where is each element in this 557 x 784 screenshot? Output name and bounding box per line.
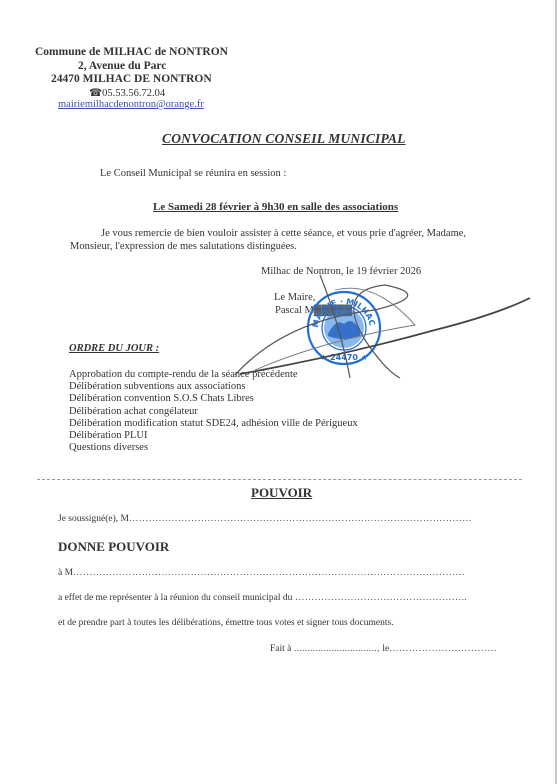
meeting-date-field[interactable]: a effet de me représenter à la réunion d… [58,593,467,603]
convocation-title: CONVOCATION CONSEIL MUNICIPAL [162,131,406,147]
pouvoir-title: POUVOIR [251,485,312,501]
commune-address: 2, Avenue du Parc [78,60,166,72]
session-date-location: Le Samedi 28 février à 9h30 en salle des… [153,201,398,213]
undersigned-blank[interactable]: …………………………………………………………………………………………… [129,514,472,524]
participation-statement: et de prendre part à toutes les délibéra… [58,618,394,628]
commune-city: 24470 MILHAC DE NONTRON [51,73,212,85]
commune-email-link[interactable]: mairiemilhacdenontron@orange.fr [58,99,204,110]
commune-name: Commune de MILHAC de NONTRON [35,46,228,58]
telephone-icon: ☎ [89,88,102,99]
done-at-blank[interactable]: ..............................., [291,644,382,654]
commune-phone: ☎05.53.56.72.04 [89,87,165,99]
meeting-date-blank[interactable]: …………………………………………….. [292,593,467,603]
undersigned-label: Je soussigné(e), M [58,514,129,524]
town-hall-stamp: MAIRIE · MILHAC DE NONTRON ★ 24470 ★ [306,290,382,366]
closing-line-1: Je vous remercie de bien vouloir assiste… [101,227,466,241]
undersigned-field[interactable]: Je soussigné(e), M…………………………………………………………… [58,514,472,524]
proxy-recipient-field[interactable]: à M…………………………………………………………………………………………………… [58,568,465,578]
agenda-item: Délibération achat congélateur [69,406,358,418]
closing-line-2: Monsieur, l'expression de mes salutation… [70,240,297,254]
phone-number: 05.53.56.72.04 [102,88,165,99]
done-date-blank[interactable]: …………………………… [389,644,497,654]
cut-line-separator [37,479,522,480]
agenda-item: Délibération convention S.O.S Chats Libr… [69,393,358,405]
agenda-title: ORDRE DU JOUR : [69,343,159,354]
date-place: Milhac de Nontron, le 19 février 2026 [261,266,421,277]
agenda-item: Questions diverses [69,442,358,454]
agenda-item: Délibération subventions aux association… [69,381,358,393]
meeting-date-label: a effet de me représenter à la réunion d… [58,593,292,603]
agenda-item: Délibération PLUI [69,430,358,442]
stamp-text-bottom: ★ 24470 ★ [320,353,368,362]
proxy-recipient-blank[interactable]: ………………………………………………………………………………………………………… [73,568,465,578]
proxy-recipient-label: à M [58,568,73,578]
agenda-item: Approbation du compte-rendu de la séance… [69,369,358,381]
donne-pouvoir-heading: DONNE POUVOIR [58,539,169,555]
mayor-signature [225,270,545,380]
agenda-list: Approbation du compte-rendu de la séance… [69,369,358,454]
agenda-item: Délibération modification statut SDE24, … [69,418,358,430]
convocation-intro: Le Conseil Municipal se réunira en sessi… [100,168,286,179]
done-at-field[interactable]: Fait à ..............................., … [270,644,497,654]
done-at-label: Fait à [270,644,291,654]
